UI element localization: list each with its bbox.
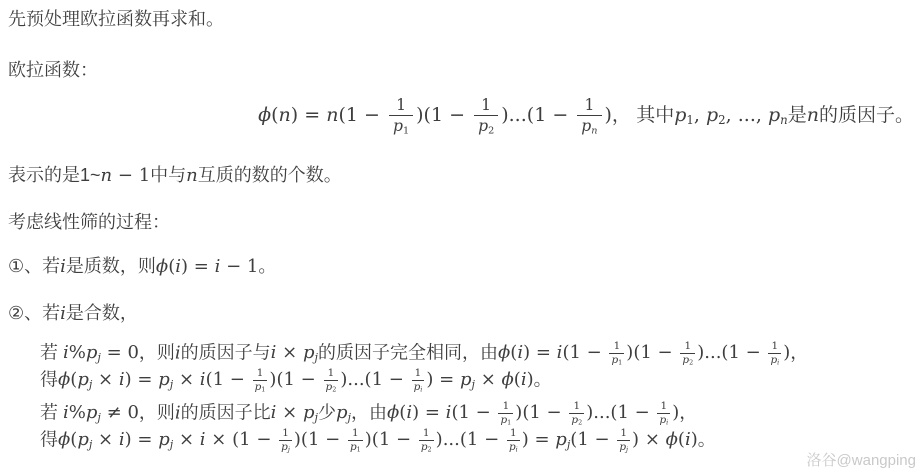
text-segment: 。: [258, 256, 276, 276]
text-segment: 是: [788, 105, 807, 126]
math-segment: ϕ(i) = i(1 − 1p1)(1 − 1p2)...(1 − 1pi): [387, 402, 679, 423]
watermark: 洛谷@wangping: [807, 449, 916, 470]
fraction: 1p2: [419, 428, 434, 453]
fraction: 1pj: [617, 428, 630, 453]
math-segment: ϕ(i) = i(1 − 1p1)(1 − 1p2)...(1 − 1pi): [498, 342, 790, 363]
fraction: 1p2: [680, 341, 695, 366]
case-1-prime: ①、若i是质数，则ϕ(i) = i − 1。: [8, 255, 920, 278]
fraction: 1p1: [253, 368, 268, 393]
fraction: 1pj: [279, 428, 292, 453]
fraction: 1pi: [768, 341, 781, 366]
math-segment: ϕ(i) = i − 1: [156, 256, 258, 277]
text-segment: 表示的是1~: [8, 165, 101, 185]
math-segment: i × pj: [271, 402, 318, 423]
fraction: 1pi: [412, 368, 425, 393]
case2-notdivisible-line2: 得ϕ(pj × i) = pj × i × (1 − 1pj)(1 − 1p1)…: [40, 428, 920, 453]
math-segment: n: [186, 165, 198, 186]
fraction: 1pi: [507, 428, 520, 453]
text-segment: 少: [318, 402, 336, 422]
text-segment: 中与: [150, 165, 186, 185]
math-segment: n − 1: [101, 165, 151, 186]
math-segment: i%pj = 0: [63, 342, 139, 363]
text-segment: 互质的数的个数。: [198, 165, 342, 185]
text-segment: ②、若: [8, 303, 60, 323]
fraction: 1p2: [474, 97, 498, 135]
fraction: 1p1: [498, 401, 513, 426]
text-segment: 的质因子完全相同，由: [318, 342, 498, 362]
math-segment: ϕ(n) = n(1 − 1p1)(1 − 1p2)...(1 − 1pn): [258, 104, 612, 126]
euler-formula: ϕ(n) = n(1 − 1p1)(1 − 1p2)...(1 − 1pn)， …: [8, 97, 920, 135]
fraction: 1p2: [324, 368, 339, 393]
text-segment: 若: [40, 402, 63, 422]
text-segment: ，则: [139, 402, 175, 422]
fraction: 1p1: [609, 341, 624, 366]
text-segment: 的质因子。: [819, 105, 914, 126]
text-segment: 先预处理欧拉函数再求和。: [8, 9, 224, 29]
text-segment: ，: [790, 342, 808, 362]
fraction: 1p1: [389, 97, 413, 135]
case2-divisible-line1: 若 i%pj = 0，则i的质因子与i × pj的质因子完全相同，由ϕ(i) =…: [40, 341, 920, 366]
text-segment: 的质因子比: [181, 402, 271, 422]
text-segment: 。: [698, 429, 716, 449]
text-segment: 得: [40, 429, 58, 449]
text-segment: 。: [534, 369, 552, 389]
fraction: 1pi: [657, 401, 670, 426]
math-segment: ϕ(pj × i) = pj × i × (1 − 1pj)(1 − 1p1)(…: [58, 429, 698, 450]
text-segment: 是合数，: [66, 303, 138, 323]
math-segment: i%pj ≠ 0: [63, 402, 139, 423]
text-segment: ， 其中: [612, 105, 674, 126]
case2-divisible-line2: 得ϕ(pj × i) = pj × i(1 − 1p1)(1 − 1p2)...…: [40, 368, 920, 393]
text-segment: ，由: [351, 402, 387, 422]
text-segment: ，则: [139, 342, 175, 362]
math-segment: pj: [336, 402, 351, 423]
text-segment: 若: [40, 342, 63, 362]
text-segment: ，: [679, 402, 697, 422]
fraction: 1pn: [577, 97, 601, 135]
math-segment: ϕ(pj × i) = pj × i(1 − 1p1)(1 − 1p2)...(…: [58, 369, 534, 390]
text-segment: 欧拉函数：: [8, 60, 98, 80]
text-segment: ①、若: [8, 256, 60, 276]
paragraph-meaning: 表示的是1~n − 1中与n互质的数的个数。: [8, 164, 920, 187]
math-segment: n: [807, 104, 819, 126]
fraction: 1p2: [569, 401, 584, 426]
article-body: 先预处理欧拉函数再求和。 欧拉函数： ϕ(n) = n(1 − 1p1)(1 −…: [0, 0, 924, 453]
text-segment: 的质因子与: [181, 342, 271, 362]
text-segment: 考虑线性筛的过程：: [8, 212, 170, 232]
fraction: 1p1: [348, 428, 363, 453]
math-segment: p1, p2, ..., pn: [674, 104, 788, 126]
case-2-composite: ②、若i是合数，: [8, 302, 920, 325]
paragraph-sieve-intro: 考虑线性筛的过程：: [8, 211, 920, 234]
paragraph-euler-label: 欧拉函数：: [8, 59, 920, 82]
case2-notdivisible-line1: 若 i%pj ≠ 0，则i的质因子比i × pj少pj，由ϕ(i) = i(1 …: [40, 401, 920, 426]
math-segment: i × pj: [271, 342, 318, 363]
text-segment: 是质数，则: [66, 256, 156, 276]
paragraph-intro: 先预处理欧拉函数再求和。: [8, 8, 920, 31]
text-segment: 得: [40, 369, 58, 389]
